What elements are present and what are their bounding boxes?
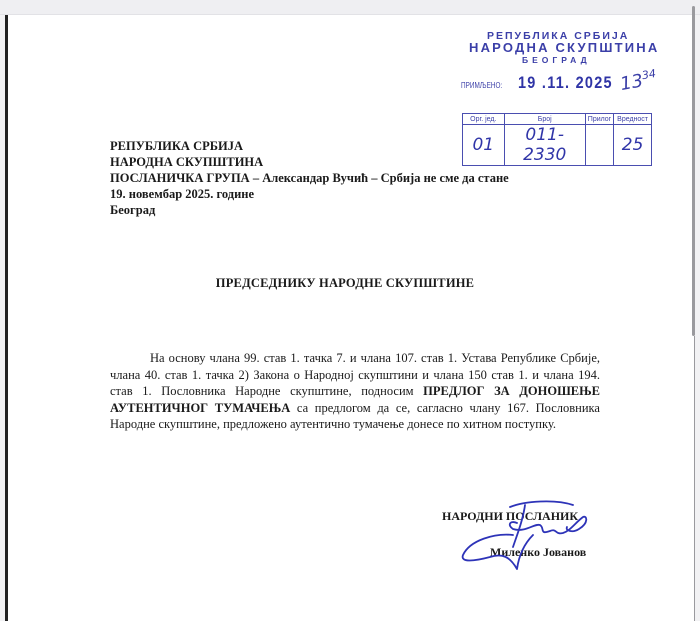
- letterhead-date: 19. новембар 2025. године: [110, 186, 509, 202]
- stamp-assembly: НАРОДНА СКУПШТИНА: [469, 40, 659, 55]
- letterhead-city: Београд: [110, 202, 509, 218]
- stamp-received-label: ПРИМЉЕНО:: [461, 81, 502, 90]
- addressee-heading: ПРЕДСЕДНИКУ НАРОДНЕ СКУПШТИНЕ: [0, 276, 690, 291]
- stamp-header-number: Број: [504, 114, 585, 125]
- letterhead-group: ПОСЛАНИЧКА ГРУПА – Александар Вучић – Ср…: [110, 170, 509, 186]
- stamp-header-attachment: Прилог: [585, 114, 613, 125]
- stamp-header-value: Вредност: [614, 114, 652, 125]
- letterhead: РЕПУБЛИКА СРБИЈА НАРОДНА СКУПШТИНА ПОСЛА…: [110, 138, 509, 218]
- letterhead-republic: РЕПУБЛИКА СРБИЈА: [110, 138, 509, 154]
- scrollbar-rail: [694, 336, 695, 621]
- stamp-received-date: 19 .11. 2025: [518, 73, 613, 93]
- scrollbar-thumb[interactable]: [692, 6, 695, 336]
- stamp-city: БЕОГРАД: [522, 55, 591, 65]
- viewer-top-bar: [0, 0, 700, 15]
- stamp-number: 011-2330: [504, 125, 585, 166]
- letterhead-assembly: НАРОДНА СКУПШТИНА: [110, 154, 509, 170]
- stamp-attachment: [585, 125, 613, 166]
- stamp-value: 25: [614, 125, 652, 166]
- body-paragraph: На основу члана 99. став 1. тачка 7. и ч…: [110, 350, 600, 433]
- stamp-minutes: 34: [641, 67, 657, 82]
- scrollbar[interactable]: [688, 0, 700, 621]
- handwritten-signature-icon: [455, 495, 615, 575]
- stamp-header-org-unit: Орг. јед.: [463, 114, 505, 125]
